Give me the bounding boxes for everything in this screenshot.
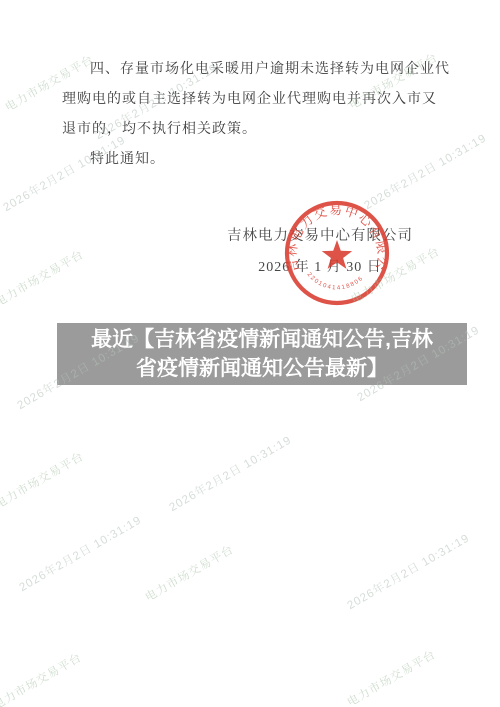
seal-serial-number: 2201041418806 (306, 272, 366, 292)
svg-text:2201041418806: 2201041418806 (306, 272, 366, 292)
paragraph-line: 退市的，均不执行相关政策。 (62, 115, 440, 145)
watermark-text: 2026年2月2日 10:31:19 (16, 512, 144, 595)
closing-line: 特此通知。 (62, 145, 440, 175)
title-banner: 最近【吉林省疫情新闻通知公告,吉林 省疫情新闻通知公告最新】 (57, 323, 467, 385)
paragraph-line: 理购电的或自主选择转为电网企业代理购电并再次入市又 (62, 85, 440, 115)
watermark-text: 电力市场交易平台 (0, 649, 85, 707)
seal-star-icon (322, 240, 352, 269)
title-line-2: 省疫情新闻通知公告最新】 (136, 354, 388, 383)
watermark-text: 电力市场交易平台 (344, 646, 439, 707)
paragraph-line: 四、存量市场化电采暖用户逾期未选择转为电网企业代 (62, 55, 440, 85)
company-seal-icon: 吉林电力交易中心有限公司 2201041418806 (279, 195, 395, 311)
watermark-text: 2026年2月2日 10:31:19 (344, 530, 472, 613)
watermark-text: 2026年2月2日 10:31:19 (166, 432, 294, 515)
watermark-text: 电力市场交易平台 (142, 541, 237, 605)
watermark-text: 电力市场交易平台 (0, 448, 87, 512)
title-line-1: 最近【吉林省疫情新闻通知公告,吉林 (91, 325, 433, 354)
notice-body: 四、存量市场化电采暖用户逾期未选择转为电网企业代 理购电的或自主选择转为电网企业… (62, 55, 440, 175)
watermark-text: 电力市场交易平台 (0, 246, 87, 310)
document-page: 四、存量市场化电采暖用户逾期未选择转为电网企业代 理购电的或自主选择转为电网企业… (0, 0, 500, 707)
